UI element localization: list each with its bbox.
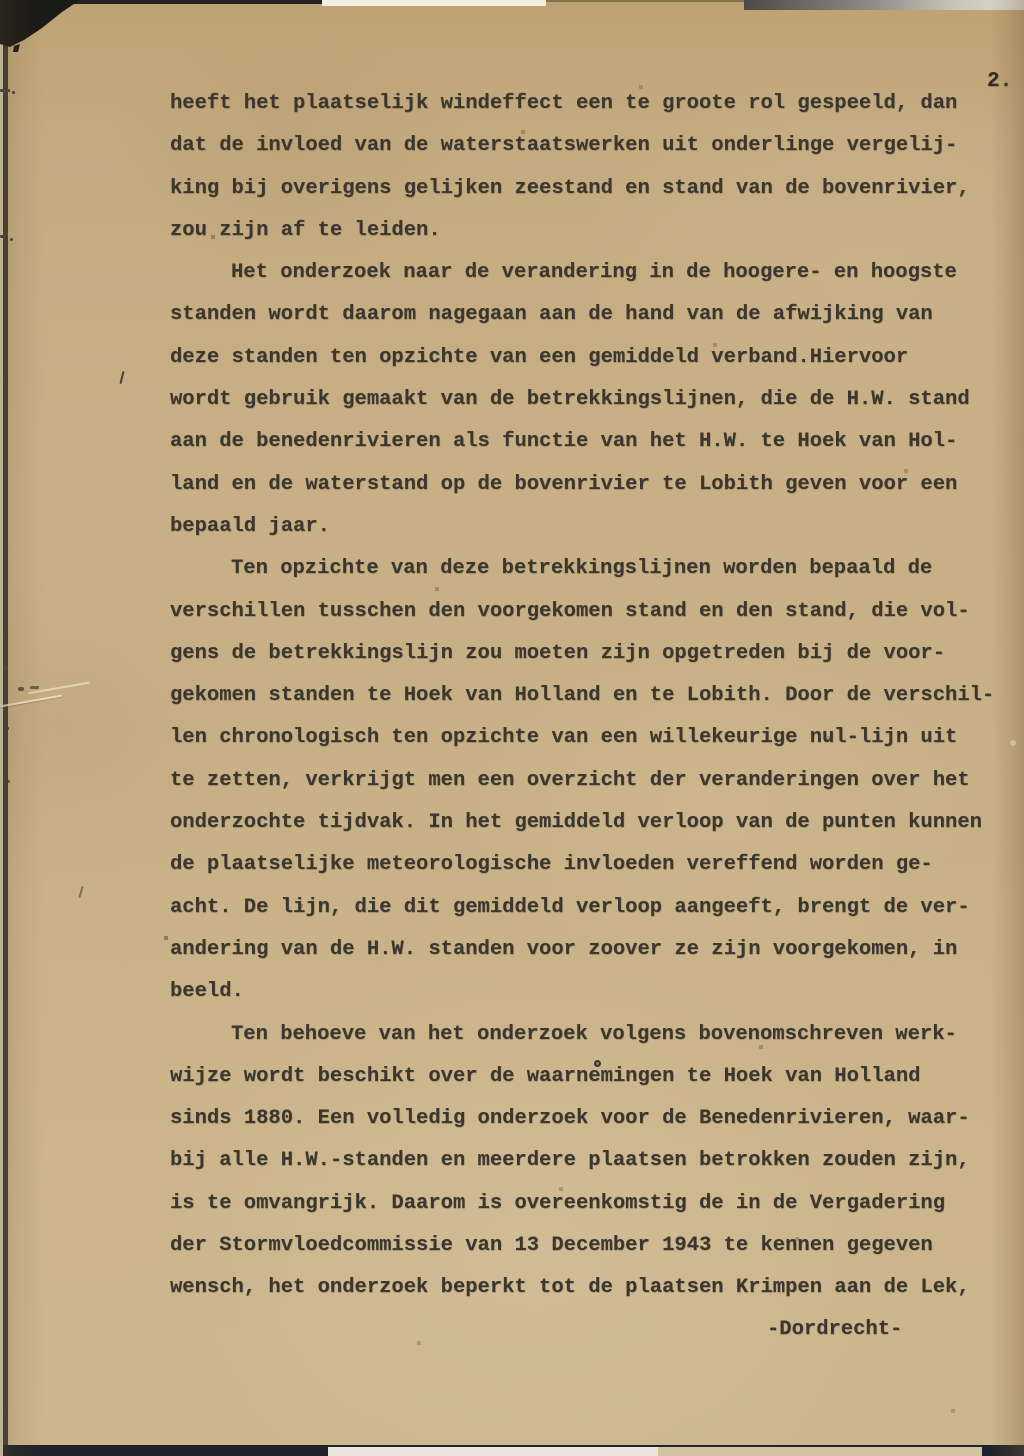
closing-word: -Dordrecht-: [767, 1309, 902, 1351]
pencil-dash-mark: [0, 235, 8, 238]
text-line: land en de waterstand op de bovenrivier …: [170, 464, 1024, 506]
scan-edge-left-dark-line: [3, 0, 8, 1456]
text-line: andering van de H.W. standen voor zoover…: [170, 929, 1024, 971]
text-line: acht. De lijn, die dit gemiddeld verloop…: [170, 887, 1024, 929]
scan-edge-top-gray-strip: [744, 0, 1024, 10]
scan-edge-bottom-tan-strip: [658, 1447, 982, 1456]
pencil-dot-mark: [12, 91, 15, 94]
text-line: is te omvangrijk. Daarom is overeenkomst…: [170, 1183, 1024, 1225]
pencil-dot-mark: [10, 238, 13, 241]
text-line: Ten opzichte van deze betrekkingslijnen …: [170, 548, 1024, 590]
text-line: wijze wordt beschikt over de waarneminge…: [170, 1056, 1024, 1098]
text-line: der Stormvloedcommissie van 13 December …: [170, 1225, 1024, 1267]
text-line: Ten behoeve van het onderzoek volgens bo…: [170, 1014, 1024, 1056]
ink-speck: [4, 667, 8, 670]
body-text: heeft het plaatselijk windeffect een te …: [170, 83, 1024, 1310]
text-line: gens de betrekkingslijn zou moeten zijn …: [170, 633, 1024, 675]
text-line: standen wordt daarom nagegaan aan de han…: [170, 294, 1024, 336]
pencil-dash-mark: [0, 89, 10, 92]
text-line: te zetten, verkrijgt men een overzicht d…: [170, 760, 1024, 802]
torn-corner-artifact: [0, 0, 90, 56]
text-line: deze standen ten opzichte van een gemidd…: [170, 337, 1024, 379]
ink-speck: [6, 780, 10, 783]
text-line: heeft het plaatselijk windeffect een te …: [170, 83, 1024, 125]
text-line: king bij overigens gelijken zeestand en …: [170, 168, 1024, 210]
paper-tear-crease: [0, 695, 61, 708]
text-line: bij alle H.W.-standen en meerdere plaats…: [170, 1140, 1024, 1182]
text-line: de plaatselijke meteorologische invloede…: [170, 844, 1024, 886]
text-line: Het onderzoek naar de verandering in de …: [170, 252, 1024, 294]
ink-speck: [5, 727, 9, 730]
text-line: beeld.: [170, 971, 1024, 1013]
scan-edge-bottom-white-strip: [328, 1447, 658, 1456]
scan-edge-left-light: [0, 0, 3, 1456]
scan-edge-top-white-strip: [322, 0, 546, 6]
text-line: bepaald jaar.: [170, 506, 1024, 548]
text-line: sinds 1880. Een volledig onderzoek voor …: [170, 1098, 1024, 1140]
pencil-smudge: [30, 686, 39, 689]
pencil-slash-mark: [119, 371, 124, 384]
text-line: wensch, het onderzoek beperkt tot de pla…: [170, 1267, 1024, 1309]
typewriter-ink-dot: [594, 1060, 601, 1067]
text-line: wordt gebruik gemaakt van de betrekkings…: [170, 379, 1024, 421]
scanned-page: 2. heeft het plaatselijk windeffect een …: [0, 0, 1024, 1456]
text-line: onderzochte tijdvak. In het gemiddeld ve…: [170, 802, 1024, 844]
scan-edge-bottom-dark-strip: [0, 1445, 1024, 1456]
paper-flaw-spot: [1010, 740, 1016, 746]
text-line: len chronologisch ten opzichte van een w…: [170, 717, 1024, 759]
scan-edge-top-hairline: [0, 0, 1024, 2]
text-line: zou zijn af te leiden.: [170, 210, 1024, 252]
pencil-smudge: [18, 687, 24, 691]
text-line: verschillen tusschen den voorgekomen sta…: [170, 591, 1024, 633]
pencil-slash-mark: [78, 886, 83, 898]
text-line: dat de invloed van de waterstaatswerken …: [170, 125, 1024, 167]
text-line: aan de benedenrivieren als functie van h…: [170, 421, 1024, 463]
paper-specks: [0, 0, 2, 2]
page-number: 2.: [987, 70, 1012, 93]
scan-edge-top-dark-line: [56, 0, 332, 4]
text-line: gekomen standen te Hoek van Holland en t…: [170, 675, 1024, 717]
